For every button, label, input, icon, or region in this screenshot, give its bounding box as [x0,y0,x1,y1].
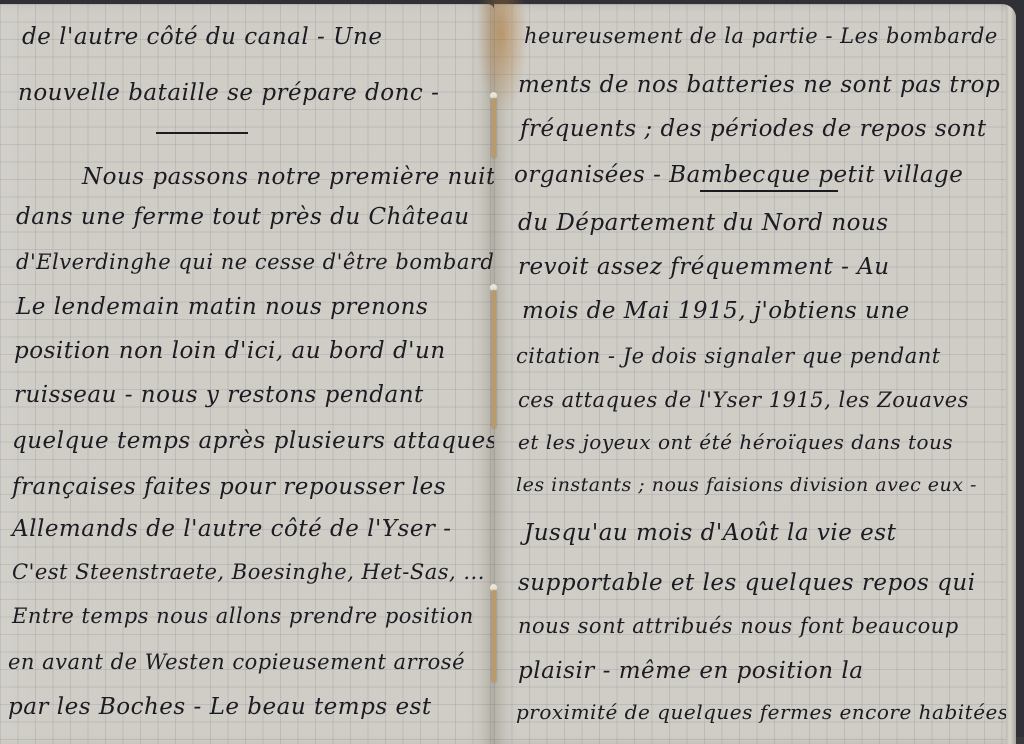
right-line-15: plaisir - même en position la [518,658,863,684]
right-line-9: ces attaques de l'Yser 1915, les Zouaves [518,388,969,412]
right-page: heureusement de la partie - Les bombarde… [494,4,1016,737]
page-edge [1006,4,1016,737]
right-line-6: revoit assez fréquemment - Au [518,254,890,280]
bambecque-underline [700,190,838,192]
right-line-7: mois de Mai 1915, j'obtiens une [522,298,910,324]
right-line-8: citation - Je dois signaler que pendant [516,344,941,368]
right-line-3: fréquents ; des périodes de repos sont [520,116,987,142]
binding-stitch [492,290,496,428]
left-line-1: de l'autre côté du canal - Une [22,24,382,50]
right-line-2: ments de nos batteries ne sont pas trop [518,72,1000,98]
left-line-5: d'Elverdinghe qui ne cesse d'être bombar… [16,250,494,274]
left-line-9: quelque temps après plusieurs attaques [12,428,494,454]
left-line-13: Entre temps nous allons prendre position [12,604,474,628]
right-line-1: heureusement de la partie - Les bombarde [524,24,998,48]
left-page: de l'autre côté du canal - Une nouvelle … [0,4,494,737]
left-line-4: dans une ferme tout près du Château [16,204,470,230]
left-line-15: par les Boches - Le beau temps est [8,694,432,720]
right-line-12: Jusqu'au mois d'Août la vie est [524,520,896,546]
binding-stitch [492,98,496,158]
right-line-16: proximité de quelques fermes encore habi… [516,700,1009,724]
notebook-spread: de l'autre côté du canal - Une nouvelle … [0,0,1024,737]
left-line-3: Nous passons notre première nuit [82,164,494,190]
left-line-7: position non loin d'ici, au bord d'un [14,338,446,364]
right-line-5: du Département du Nord nous [518,210,889,236]
left-line-6: Le lendemain matin nous prenons [16,294,428,320]
right-line-4: organisées - Bambecque petit village [514,162,963,188]
left-line-8: ruisseau - nous y restons pendant [14,382,424,408]
right-line-14: nous sont attribués nous font beaucoup [518,614,959,638]
left-line-11: Allemands de l'autre côté de l'Yser - [12,516,452,542]
left-line-2: nouvelle bataille se prépare donc - [18,80,439,106]
binding-stitch [492,590,496,682]
right-line-11: les instants ; nous faisions division av… [516,474,977,496]
section-divider [156,132,248,134]
left-line-10: françaises faites pour repousser les [12,474,446,500]
left-line-12: C'est Steenstraete, Boesinghe, Het-Sas, … [12,560,485,584]
right-line-4-text: organisées - Bambecque petit village [514,162,963,188]
left-line-14: en avant de Westen copieusement arrosé [8,650,465,674]
right-line-13: supportable et les quelques repos qui [518,570,976,596]
right-line-10: et les joyeux ont été héroïques dans tou… [518,430,953,454]
